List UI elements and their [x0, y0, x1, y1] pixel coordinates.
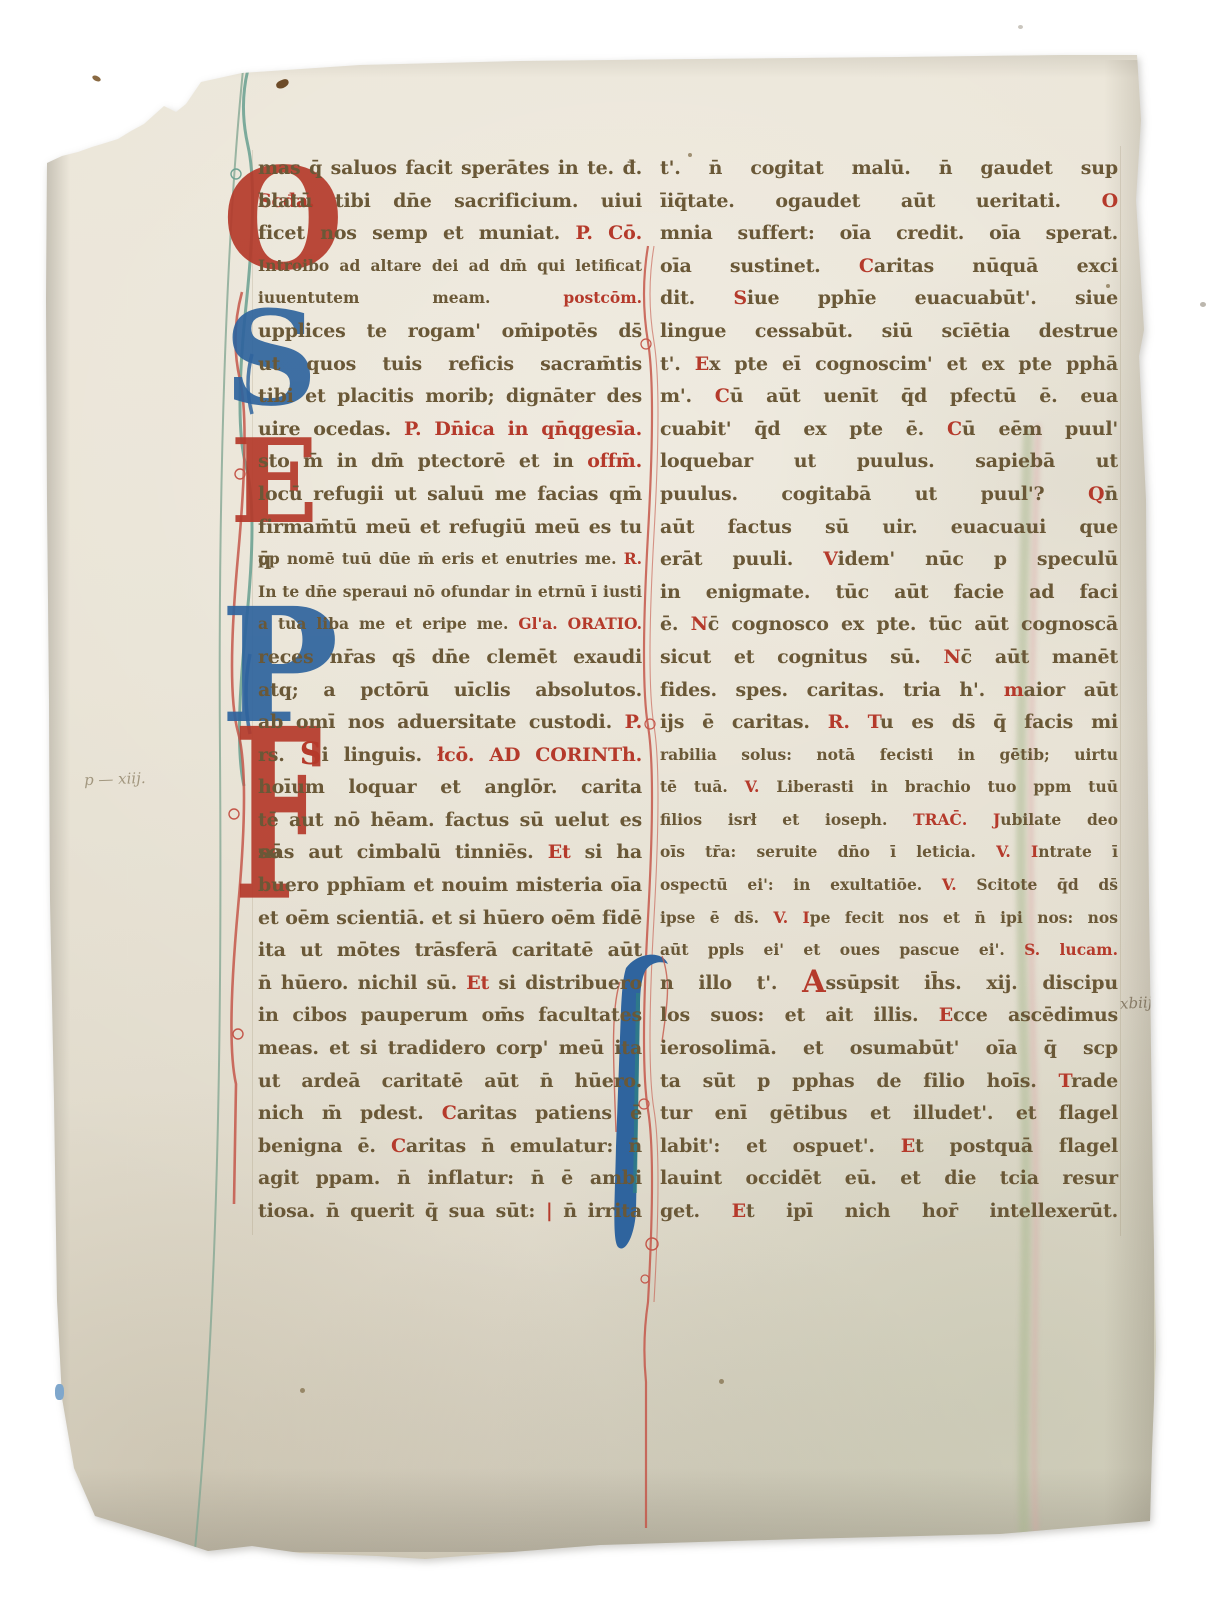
- text-run-ink: oīs tr̄a: seruite dn̄o ī leticia.: [660, 842, 996, 861]
- text-line: lingue cessabūt. siū scīētia destrue: [660, 315, 1118, 348]
- text-line: in enigmate. tūc aūt facie ad faci: [660, 576, 1118, 609]
- text-run-ink: in enigmate. tūc aūt facie ad faci: [660, 581, 1118, 603]
- text-run-ink: nich m̄ pdest.: [258, 1102, 442, 1124]
- text-run-ink: aritas patiens ē: [457, 1102, 642, 1124]
- text-line: loquebar ut puulus. sapiebā ut: [660, 445, 1118, 478]
- text-line: hoīum loquar et anglōr. carita: [258, 771, 642, 804]
- text-run-ink: idem' nūc p speculū: [838, 548, 1118, 570]
- text-line: a tua liba me et eripe me. Gl'a. ORATIO.: [258, 608, 642, 641]
- ink-fleck: [688, 153, 692, 157]
- text-line: nās aut cimbalū tinniēs. Et si ha: [258, 836, 642, 869]
- dirt-speck: [1018, 25, 1023, 29]
- text-line: mnia suffert: oīa credit. oīa sperat.: [660, 217, 1118, 250]
- text-run-red: |: [546, 1200, 563, 1222]
- text-line: rabilia solus: notā fecisti in gētib; ui…: [660, 739, 1118, 772]
- text-run-ink: sicut et cognitus sū.: [660, 646, 943, 668]
- text-line: ospectū ei': in exultatiōe. V. Scitote q…: [660, 869, 1118, 902]
- text-run-ink: locū refugii ut saluū me facias qm̄: [258, 483, 642, 505]
- edge-shade-top: [150, 52, 1140, 78]
- text-run-ink: Scitote q̄d ds̄: [957, 875, 1118, 894]
- text-run-ink: et oēm scientiā. et si hūero oēm fidē: [258, 907, 642, 929]
- text-run-red: Et: [548, 841, 571, 863]
- text-run-ink: sto m̄ in dm̄ ptectorē et in: [258, 450, 587, 472]
- text-run-red: V. I: [773, 908, 809, 927]
- text-run-ink: rs.: [258, 744, 300, 766]
- text-run-ink: ijs ē caritas.: [660, 711, 828, 733]
- leaf-shadow-wrap: OSEPF mas q̄ saluos facit sperātes in te…: [0, 0, 1225, 1600]
- text-line: aūt factus sū uir. euacuaui que: [660, 511, 1118, 544]
- text-run-ink: ta sūt p pphas de filio hoīs.: [660, 1070, 1059, 1092]
- text-run-ink: labit': et ospuet'.: [660, 1135, 901, 1157]
- text-column-left: mas q̄ saluos facit sperātes in te. đ. S…: [258, 152, 642, 1228]
- text-run-ink: si distribuero: [489, 972, 642, 994]
- text-run-ink: pe fecit nos et n̄ ipi nos: nos: [810, 908, 1118, 927]
- text-line: nich m̄ pdest. Caritas patiens ē: [258, 1097, 642, 1130]
- text-run-red: R.: [624, 549, 642, 568]
- text-run-red: m: [1004, 679, 1024, 701]
- text-run-ink: mnia suffert: oīa credit. oīa sperat.: [660, 222, 1118, 244]
- text-run-red: Gl'a. ORATIO.: [518, 614, 642, 633]
- text-line: t'. Ex pte eī cognoscim' et ex pte pphā: [660, 348, 1118, 381]
- text-line: ipse ē ds̄. V. Ipe fecit nos et n̄ ipi n…: [660, 902, 1118, 935]
- text-run-ink: fides. spes. caritas. tria h'.: [660, 679, 1004, 701]
- text-run-ink: ospectū ei': in exultatiōe.: [660, 875, 942, 894]
- text-run-ink: aritas n̄ emulatur: n̄: [406, 1135, 642, 1157]
- text-run-ink: lauint occidēt eū. et die tcia resur: [660, 1167, 1118, 1189]
- text-line: tiosa. n̄ querit q̄ sua sūt: | n̄ irrita: [258, 1195, 642, 1228]
- text-run-ink: tur enī gētibus et illudet'. et flagel: [660, 1102, 1118, 1124]
- text-run-red: łcō. AD CORINTh.: [437, 744, 642, 766]
- text-run-red: R. T: [828, 711, 880, 733]
- text-run-ink: n̄ irrita: [563, 1200, 642, 1222]
- text-run-ink: ubilate deo: [1000, 810, 1118, 829]
- text-run-redbig: A: [802, 964, 825, 1000]
- text-run-red: S: [733, 287, 747, 309]
- text-line: dit. Siue pphīe euacuabūt'. siue: [660, 282, 1118, 315]
- text-run-ink: benigna ē.: [258, 1135, 391, 1157]
- text-run-ink: In te dn̄e speraui nō ofundar in etrnū ī…: [258, 582, 642, 601]
- text-run-ink: agit ppam. n̄ inflatur: n̄ ē ambi: [258, 1167, 642, 1189]
- text-line: rs. Si linguis. łcō. AD CORINTh.: [258, 739, 642, 772]
- text-run-red: C: [715, 385, 730, 407]
- text-line: tē tuā. V. Liberasti in brachio tuo ppm …: [660, 771, 1118, 804]
- text-run-ink: aūt ppls ei' et oues pascue ei'.: [660, 940, 1024, 959]
- text-run-ink: uire ocedas.: [258, 418, 404, 440]
- text-run-red: C: [391, 1135, 406, 1157]
- text-line: ficet nos semp et muniat. P. Cō.: [258, 217, 642, 250]
- text-line: locū refugii ut saluū me facias qm̄: [258, 478, 642, 511]
- text-run-red: S. lucam.: [1024, 940, 1118, 959]
- text-line: ierosolimā. et osumabūt' oīa q̄ scp: [660, 1032, 1118, 1065]
- text-run-ink: tibi et placitis morib; dignāter des: [258, 385, 642, 407]
- text-run-ink: in cibos pauperum om̄s facultates: [258, 1004, 642, 1026]
- text-run-ink: ssūpsit ih̄s. xij. discipu: [825, 972, 1118, 994]
- text-run-red: C: [947, 418, 962, 440]
- text-run-red: N: [691, 613, 708, 635]
- text-line: atq; a pctōrū uīclis absolutos.: [258, 674, 642, 707]
- text-run-red: O: [1102, 190, 1118, 212]
- text-run-ink: dit.: [660, 287, 733, 309]
- text-run-ink: t'.: [660, 353, 695, 375]
- text-run-ink: puulus. cogitabā ut puul'?: [660, 483, 1088, 505]
- text-run-red: E: [939, 1004, 953, 1026]
- text-run-ink: m'.: [660, 385, 715, 407]
- text-run-ink: t postquā flagel: [915, 1135, 1118, 1157]
- text-run-red: V.: [942, 875, 957, 894]
- text-line: ē. Nc̄ cognosco ex pte. tūc aūt cognoscā: [660, 608, 1118, 641]
- text-line: īiq̄tate. ogaudet aūt ueritati. O: [660, 185, 1118, 218]
- text-run-ink: tē tuā.: [660, 777, 745, 796]
- text-run-ink: upplices te rogam' om̄ipotēs ds̄: [258, 320, 642, 342]
- text-line: ta sūt p pphas de filio hoīs. Trade: [660, 1065, 1118, 1098]
- text-run-ink: t'. n̄ cogitat malū. n̄ gaudet sup: [660, 157, 1118, 179]
- text-run-red: P. Cō.: [575, 222, 642, 244]
- text-run-red: E: [732, 1200, 746, 1222]
- manuscript-leaf: OSEPF mas q̄ saluos facit sperātes in te…: [0, 0, 1225, 1600]
- text-run-ink: oīa sustinet.: [660, 255, 859, 277]
- text-line: pp nomē tuū dūe m̄ eris et enutries me. …: [258, 543, 642, 576]
- text-run-ink: los suos: et ait illis.: [660, 1004, 939, 1026]
- ink-fleck: [1106, 284, 1110, 288]
- text-line: tibi et placitis morib; dignāter des: [258, 380, 642, 413]
- text-line: in cibos pauperum om̄s facultates: [258, 999, 642, 1032]
- text-run-red: V: [823, 548, 837, 570]
- text-run-ink: loquebar ut puulus. sapiebā ut: [660, 450, 1118, 472]
- text-run-ink: īiq̄tate. ogaudet aūt ueritati.: [660, 190, 1102, 212]
- text-run-red: P.: [625, 711, 642, 733]
- text-line: lauint occidēt eū. et die tcia resur: [660, 1162, 1118, 1195]
- edge-shade-left: [40, 140, 70, 1530]
- text-run-ink: meas. et si tradidero corp' meū ita: [258, 1037, 642, 1059]
- text-run-ink: aūt factus sū uir. euacuaui que: [660, 516, 1118, 538]
- text-run-ink: aior aūt: [1024, 679, 1118, 701]
- text-run-ink: ū aūt uenīt q̄d pfectū ē. eua: [730, 385, 1118, 407]
- text-line: get. Et ipī nich hor̄ intellexerūt.: [660, 1195, 1118, 1228]
- ruling-line-right: [1120, 146, 1121, 1236]
- text-run-ink: n illo t'.: [660, 972, 802, 994]
- text-line: tē aut nō hēam. factus sū uelut es so: [258, 804, 642, 837]
- text-line: blatū tibi dn̄e sacrificium. uiui: [258, 185, 642, 218]
- text-run-ink: i linguis.: [322, 744, 437, 766]
- text-line: tur enī gētibus et illudet'. et flagel: [660, 1097, 1118, 1130]
- text-run-red: E: [901, 1135, 915, 1157]
- text-run-ink: atq; a pctōrū uīclis absolutos.: [258, 679, 642, 701]
- text-run-red: C: [859, 255, 874, 277]
- text-run-ink: pp nomē tuū dūe m̄ eris et enutries me.: [258, 549, 624, 568]
- margin-note-left: p — xiij.: [84, 769, 146, 789]
- text-run-ink: rade: [1071, 1070, 1118, 1092]
- text-run-ink: ntrate ī: [1038, 842, 1118, 861]
- text-line: reces nr̄as qs̄ dn̄e clemēt exaudi: [258, 641, 642, 674]
- text-run-red: Q: [1088, 483, 1104, 505]
- text-run-red: T: [1059, 1070, 1072, 1092]
- text-line: meas. et si tradidero corp' meū ita: [258, 1032, 642, 1065]
- text-line: m'. Cū aūt uenīt q̄d pfectū ē. eua: [660, 380, 1118, 413]
- text-run-ink: mas q̄ saluos facit sperātes in te. đ.: [258, 157, 642, 179]
- text-run-ink: ē.: [660, 613, 691, 635]
- text-line: sto m̄ in dm̄ ptectorē et in offm̄.: [258, 445, 642, 478]
- text-run-ink: erāt puuli.: [660, 548, 823, 570]
- text-run-ink: ipse ē ds̄.: [660, 908, 773, 927]
- text-line: In te dn̄e speraui nō ofundar in etrnū ī…: [258, 576, 642, 609]
- text-run-ink: ficet nos semp et muniat.: [258, 222, 575, 244]
- text-line: oīa sustinet. Caritas nūquā exci: [660, 250, 1118, 283]
- text-line: Introibo ad altare dei ad dm̄ qui letifi…: [258, 250, 642, 283]
- text-line: ijs ē caritas. R. Tu es ds̄ q̄ facis mi: [660, 706, 1118, 739]
- text-run-ink: Introibo ad altare dei ad dm̄ qui letifi…: [258, 256, 642, 275]
- text-run-ink: ut quos tuis reficis sacram̄tis: [258, 353, 642, 375]
- text-line: erāt puuli. Videm' nūc p speculū: [660, 543, 1118, 576]
- text-run-red: offm̄.: [587, 450, 642, 472]
- text-line: labit': et ospuet'. Et postquā flagel: [660, 1130, 1118, 1163]
- text-run-red: Et: [466, 972, 489, 994]
- text-line: buero pphīam et nouim misteria oīa: [258, 869, 642, 902]
- text-line: ab omī nos aduersitate custodi. P.: [258, 706, 642, 739]
- text-line: upplices te rogam' om̄ipotēs ds̄: [258, 315, 642, 348]
- text-run-ink: ū eēm puul': [962, 418, 1118, 440]
- text-run-ink: reces nr̄as qs̄ dn̄e clemēt exaudi: [258, 646, 642, 668]
- text-run-ink: n̄: [1104, 483, 1118, 505]
- text-line: aūt ppls ei' et oues pascue ei'. S. luca…: [660, 934, 1118, 967]
- text-line: puulus. cogitabā ut puul'? Qn̄: [660, 478, 1118, 511]
- text-run-ink: c̄ aūt manēt: [961, 646, 1118, 668]
- text-run-ink: filios isrł et ioseph.: [660, 810, 913, 829]
- text-line: uire ocedas. P. Dn̄ica in qn̄qgesīa.: [258, 413, 642, 446]
- text-run-red: postcōm.: [563, 288, 642, 307]
- text-run-red: E: [695, 353, 709, 375]
- text-line: n illo t'. Assūpsit ih̄s. xij. discipu: [660, 967, 1118, 1000]
- photo-background: OSEPF mas q̄ saluos facit sperātes in te…: [0, 0, 1225, 1600]
- dirt-speck: [1200, 302, 1206, 307]
- text-run-ink: cuabit' q̄d ex pte ē.: [660, 418, 947, 440]
- text-run-ink: iue pphīe euacuabūt'. siue: [747, 287, 1118, 309]
- text-run-ink: buero pphīam et nouim misteria oīa: [258, 874, 642, 896]
- text-run-ink: get.: [660, 1200, 732, 1222]
- text-line: filios isrł et ioseph. TRAC̄. Jubilate d…: [660, 804, 1118, 837]
- text-run-ink: ab omī nos aduersitate custodi.: [258, 711, 625, 733]
- text-run-ink: rabilia solus: notā fecisti in gētib; ui…: [660, 745, 1118, 764]
- text-line: mas q̄ saluos facit sperātes in te. đ. S…: [258, 152, 642, 185]
- text-run-ink: blatū tibi dn̄e sacrificium. uiui: [258, 190, 642, 212]
- ink-fleck: [719, 1379, 724, 1384]
- text-run-red: C: [442, 1102, 457, 1124]
- text-run-ink: aritas nūquā exci: [874, 255, 1118, 277]
- text-run-ink: lingue cessabūt. siū scīētia destrue: [660, 320, 1118, 342]
- text-run-ink: ut ardeā caritatē aūt n̄ hūero.: [258, 1070, 642, 1092]
- text-run-red: V. I: [996, 842, 1038, 861]
- text-line: t'. n̄ cogitat malū. n̄ gaudet sup: [660, 152, 1118, 185]
- text-run-ink: t ipī nich hor̄ intellexerūt.: [746, 1200, 1118, 1222]
- text-line: fides. spes. caritas. tria h'. maior aūt: [660, 674, 1118, 707]
- text-run-ink: iuuentutem meam.: [258, 288, 563, 307]
- text-line: firmam̄tū meū et refugiū meū es tu q̄: [258, 511, 642, 544]
- text-line: n̄ hūero. nichil sū. Et si distribuero: [258, 967, 642, 1000]
- text-run-ink: u es ds̄ q̄ facis mi: [880, 711, 1118, 733]
- text-run-ink: nās aut cimbalū tinniēs.: [258, 841, 548, 863]
- text-run-ink: a tua liba me et eripe me.: [258, 614, 518, 633]
- ink-fleck: [300, 1388, 305, 1393]
- text-run-redbig: S: [300, 736, 322, 772]
- text-line: ut ardeā caritatē aūt n̄ hūero.: [258, 1065, 642, 1098]
- text-line: iuuentutem meam. postcōm.: [258, 282, 642, 315]
- text-run-ink: cce ascēdimus: [953, 1004, 1118, 1026]
- text-run-red: P. Dn̄ica in qn̄qgesīa.: [404, 418, 642, 440]
- text-line: et oēm scientiā. et si hūero oēm fidē: [258, 902, 642, 935]
- text-run-ink: c̄ cognosco ex pte. tūc aūt cognoscā: [708, 613, 1118, 635]
- text-line: ita ut mōtes trāsferā caritatē aūt: [258, 934, 642, 967]
- pigment-speck-blue: [55, 1384, 64, 1400]
- text-line: benigna ē. Caritas n̄ emulatur: n̄: [258, 1130, 642, 1163]
- text-run-ink: si ha: [571, 841, 642, 863]
- text-run-ink: ita ut mōtes trāsferā caritatē aūt: [258, 939, 642, 961]
- text-run-ink: ierosolimā. et osumabūt' oīa q̄ scp: [660, 1037, 1118, 1059]
- text-line: sicut et cognitus sū. Nc̄ aūt manēt: [660, 641, 1118, 674]
- text-run-red: TRAC̄. J: [913, 810, 1000, 829]
- margin-note-right: xbiij: [1120, 993, 1153, 1013]
- text-line: cuabit' q̄d ex pte ē. Cū eēm puul': [660, 413, 1118, 446]
- text-line: oīs tr̄a: seruite dn̄o ī leticia. V. Int…: [660, 836, 1118, 869]
- text-run-ink: x pte eī cognoscim' et ex pte pphā: [709, 353, 1118, 375]
- text-run-ink: n̄ hūero. nichil sū.: [258, 972, 466, 994]
- text-line: ut quos tuis reficis sacram̄tis: [258, 348, 642, 381]
- text-run-ink: hoīum loquar et anglōr. carita: [258, 776, 642, 798]
- text-run-ink: tiosa. n̄ querit q̄ sua sūt:: [258, 1200, 546, 1222]
- text-line: los suos: et ait illis. Ecce ascēdimus: [660, 999, 1118, 1032]
- text-column-right: t'. n̄ cogitat malū. n̄ gaudet supīiq̄ta…: [660, 152, 1118, 1228]
- text-run-red: N: [943, 646, 960, 668]
- text-run-ink: Liberasti in brachio tuo ppm tuū: [759, 777, 1118, 796]
- text-line: agit ppam. n̄ inflatur: n̄ ē ambi: [258, 1162, 642, 1195]
- text-run-red: V.: [745, 777, 760, 796]
